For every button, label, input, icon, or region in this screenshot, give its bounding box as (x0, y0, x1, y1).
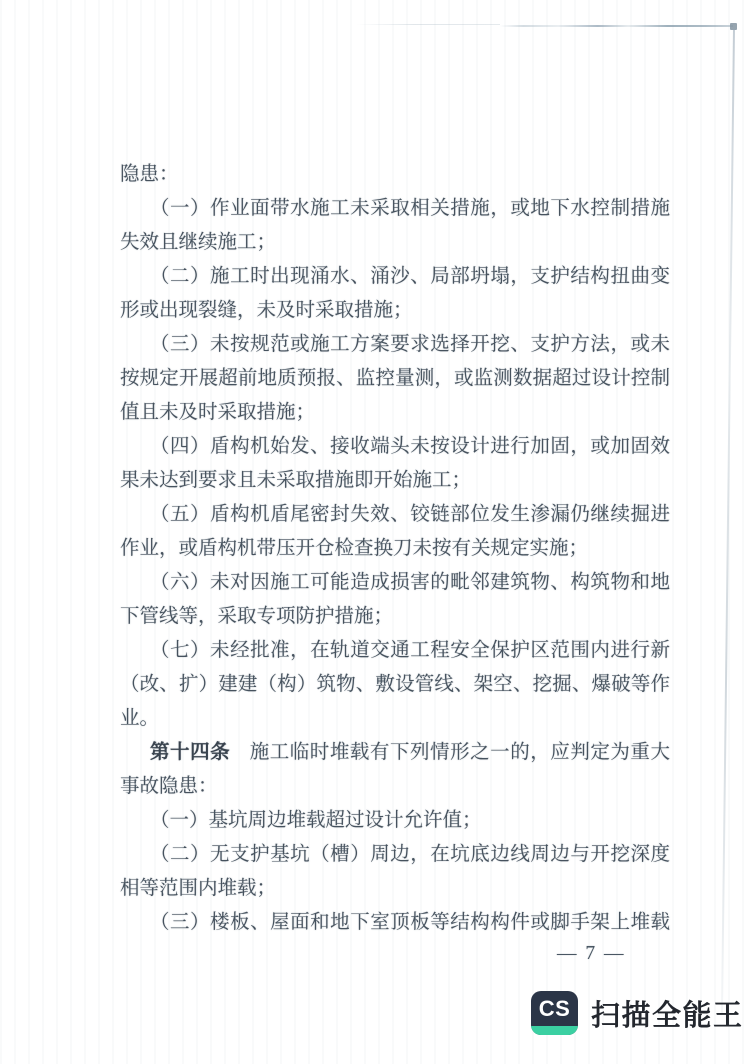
scan-edge-artifact (721, 29, 735, 1014)
text-line: 形或出现裂缝，未及时采取措施； (120, 294, 670, 328)
camscanner-logo-icon: CS (531, 991, 578, 1035)
text-line: （七）未经批准，在轨道交通工程安全保护区范围内进行新 (120, 634, 670, 668)
text-line: 业。 (120, 702, 670, 736)
scanned-document-page: 隐患：（一）作业面带水施工未采取相关措施，或地下水控制措施失效且继续施工；（二）… (0, 0, 753, 1064)
text-line: 相等范围内堆载； (120, 872, 670, 906)
text-line: 失效且继续施工； (120, 226, 670, 260)
text-line: 作业，或盾构机带压开仓检查换刀未按有关规定实施； (120, 532, 670, 566)
text-line: （二）无支护基坑（槽）周边，在坑底边线周边与开挖深度 (120, 838, 670, 872)
text-line: （三）未按规范或施工方案要求选择开挖、支护方法，或未 (120, 328, 670, 362)
text-line: （一）基坑周边堆载超过设计允许值； (120, 804, 670, 838)
text-line: 下管线等，采取专项防护措施； (120, 600, 670, 634)
document-body: 隐患：（一）作业面带水施工未采取相关措施，或地下水控制措施失效且继续施工；（二）… (120, 158, 670, 940)
text-line: （五）盾构机盾尾密封失效、铰链部位发生渗漏仍继续掘进 (120, 498, 670, 532)
logo-accent-strip (531, 1026, 578, 1035)
text-line: 值且未及时采取措施； (120, 396, 670, 430)
clause-heading-line: 第十四条施工临时堆载有下列情形之一的，应判定为重大 (120, 736, 670, 770)
text-line: （三）楼板、屋面和地下室顶板等结构构件或脚手架上堆载 (120, 906, 670, 940)
clause-number: 第十四条 (150, 742, 230, 763)
scan-edge-artifact (500, 25, 733, 27)
logo-letters: CS (539, 991, 571, 1026)
text-line: 果未达到要求且未采取措施即开始施工； (120, 464, 670, 498)
camscanner-watermark: CS 扫描全能王 (531, 991, 744, 1035)
watermark-app-name: 扫描全能王 (591, 993, 744, 1034)
text-line: 事故隐患： (120, 770, 670, 804)
text-line: 隐患： (120, 158, 670, 192)
scan-edge-artifact (356, 24, 500, 25)
text-line: （一）作业面带水施工未采取相关措施，或地下水控制措施 (120, 192, 670, 226)
text-line: （四）盾构机始发、接收端头未按设计进行加固，或加固效 (120, 430, 670, 464)
page-number: — 7 — (557, 942, 626, 966)
text-line: （二）施工时出现涌水、涌沙、局部坍塌，支护结构扭曲变 (120, 260, 670, 294)
text-line: 按规定开展超前地质预报、监控量测，或监测数据超过设计控制 (120, 362, 670, 396)
text-line: （改、扩）建建（构）筑物、敷设管线、架空、挖掘、爆破等作 (120, 668, 670, 702)
text-line: （六）未对因施工可能造成损害的毗邻建筑物、构筑物和地 (120, 566, 670, 600)
clause-text: 施工临时堆载有下列情形之一的，应判定为重大 (249, 742, 670, 763)
